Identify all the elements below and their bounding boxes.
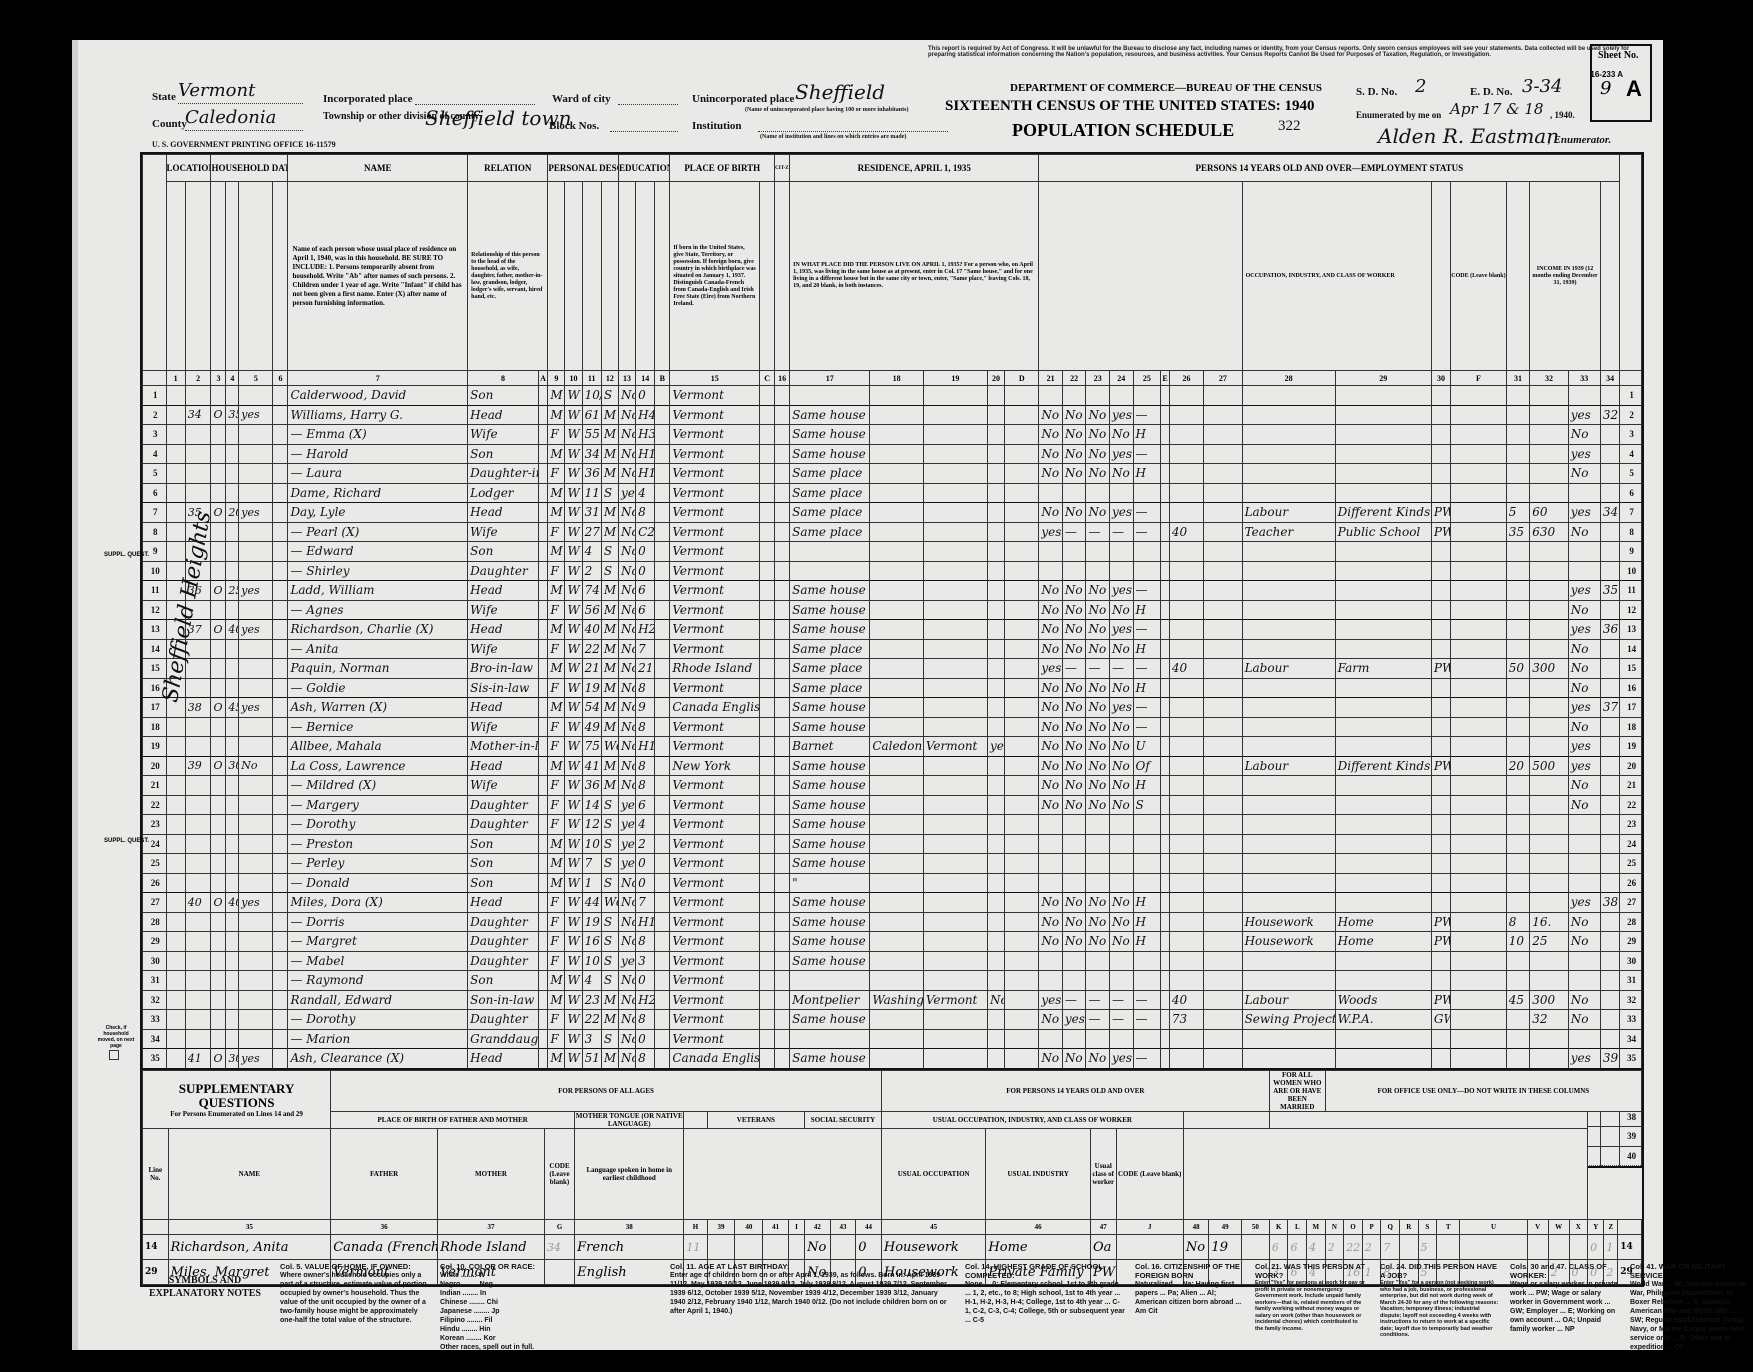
cell-blank [1161, 542, 1170, 562]
cell-res: Same place [790, 483, 870, 503]
cell-c21 [1039, 951, 1063, 971]
cell-wk [1506, 542, 1530, 562]
cell-blank [1204, 386, 1243, 406]
column-number: A [538, 371, 548, 386]
race-code-item: Filipino ........ Fil [440, 1316, 600, 1325]
group-personal: PERSONAL DESCRIPTION [548, 155, 619, 182]
cell-res_county [870, 756, 923, 776]
cell-age: 22 [582, 639, 601, 659]
cell-res [790, 542, 870, 562]
block-line [610, 131, 678, 132]
cell-sex: M [548, 854, 565, 874]
cell-blank [273, 893, 288, 913]
cell-sch: No [618, 932, 635, 952]
cell-c33: yes [1568, 620, 1600, 640]
cell-own [211, 386, 226, 406]
cell-blank [166, 815, 185, 835]
cell-name: La Coss, Lawrence [288, 756, 468, 776]
cell-c25: — [1133, 717, 1161, 737]
cell-c21: No [1039, 600, 1063, 620]
cell-c34 [1600, 795, 1619, 815]
cell-res_state [923, 698, 987, 718]
cell-c21: No [1039, 912, 1063, 932]
column-number: 1 [166, 371, 185, 386]
cell-blank [1005, 678, 1039, 698]
supp-title-cell: SUPPLEMENTARY QUESTIONS For Persons Enum… [143, 1071, 331, 1129]
cell-gr: 8 [636, 1049, 655, 1069]
note-col5: Col. 5. VALUE OF HOME, IF OWNED:Where ow… [280, 1262, 430, 1325]
cell-res_state [923, 581, 987, 601]
cell-res_county [870, 444, 923, 464]
cell-blank [1204, 444, 1243, 464]
cell-hn [185, 873, 211, 893]
cell-rel: Mother-in-law [468, 737, 539, 757]
cell-val: 3000 [226, 1049, 239, 1069]
cell-cw [1431, 834, 1450, 854]
cell-blank [1161, 756, 1170, 776]
table-row: 26— DonaldSonMW1SNo0Vermont"26 [143, 873, 1642, 893]
cell-blank [538, 854, 548, 874]
cell-wk [1506, 776, 1530, 796]
cell-c24: No [1109, 795, 1133, 815]
cell-blank [1161, 951, 1170, 971]
cell-name: — Pearl (X) [288, 522, 468, 542]
cell-blank [538, 386, 548, 406]
cell-blank [775, 522, 790, 542]
cell-c26 [1169, 932, 1203, 952]
cell-ms: M [601, 522, 618, 542]
cell-wk [1506, 815, 1530, 835]
cell-blank [166, 854, 185, 874]
supp-code-j-col: CODE (Leave blank) [1116, 1129, 1183, 1220]
cell-c21: No [1039, 405, 1063, 425]
cell-ind [1335, 600, 1431, 620]
supp-social-security: SOCIAL SECURITY [805, 1112, 882, 1129]
cell-occ [1242, 795, 1335, 815]
cell-c24 [1109, 873, 1133, 893]
cell-birth: Vermont [670, 405, 760, 425]
cell-line: 22 [1620, 795, 1642, 815]
cell-ind [1335, 483, 1431, 503]
institution-note: (Name of institution and lines on which … [760, 134, 906, 140]
cell-res_state [923, 386, 987, 406]
cell-wk [1506, 600, 1530, 620]
cell-blank [1451, 1049, 1507, 1069]
cell-birth: Vermont [670, 425, 760, 445]
cell-sex: F [548, 717, 565, 737]
symbols-title: SYMBOLS AND EXPLANATORY NOTES [140, 1274, 270, 1300]
cell-res_farm [987, 444, 1004, 464]
cell-line: 12 [1620, 600, 1642, 620]
cell-sex: F [548, 425, 565, 445]
cell-sch: No [618, 776, 635, 796]
cell-birth: Vermont [670, 542, 760, 562]
supp-women-cols [1183, 1112, 1269, 1129]
cell-ms: M [601, 776, 618, 796]
cell-blank [1204, 815, 1243, 835]
cell-ind [1335, 620, 1431, 640]
cell-res_state [923, 756, 987, 776]
cell-farm: yes [239, 698, 273, 718]
cell-c33: yes [1568, 503, 1600, 523]
cell-gr: 8 [636, 717, 655, 737]
cell-c26 [1169, 737, 1203, 757]
cell-c33: No [1568, 717, 1600, 737]
cell-blank [655, 659, 670, 679]
cell-sch: No [618, 522, 635, 542]
cell-blank [760, 854, 775, 874]
cell-ind [1335, 698, 1431, 718]
cell-line: 34 [1620, 1029, 1642, 1049]
cell-name: — Margery [288, 795, 468, 815]
cell-occ: Housework [1242, 932, 1335, 952]
cell-race: W [565, 561, 582, 581]
cell-birth: Vermont [670, 912, 760, 932]
cell-line: 21 [143, 776, 167, 796]
cell-c21: No [1039, 503, 1063, 523]
cell-birth: Canada English [670, 698, 760, 718]
cell-blank [1204, 1010, 1243, 1030]
cell-own [211, 659, 226, 679]
cell-blank [775, 659, 790, 679]
column-number: 19 [923, 371, 987, 386]
cell-c26 [1169, 815, 1203, 835]
cell-c24 [1109, 386, 1133, 406]
cell-rel: Lodger [468, 483, 539, 503]
cell-wk [1506, 873, 1530, 893]
cell-blank [775, 464, 790, 484]
cell-c34 [1600, 776, 1619, 796]
cell-hn [185, 717, 211, 737]
group-name: NAME [288, 155, 468, 182]
cell-blank [655, 678, 670, 698]
supp-quest-marker-29: SUPPL. QUEST. [104, 838, 149, 844]
cell-inc: 300 [1530, 990, 1569, 1010]
cell-blank [273, 444, 288, 464]
cell-c24: No [1109, 756, 1133, 776]
cell-race: W [565, 776, 582, 796]
cell-c22: No [1062, 503, 1086, 523]
cell-farm [239, 1010, 273, 1030]
cell-blank [1161, 444, 1170, 464]
cell-c24: No [1109, 776, 1133, 796]
race-code-item: Other races, spell out in full. [440, 1343, 600, 1352]
table-row: 12— AgnesWifeFW56MNo6VermontSame houseNo… [143, 600, 1642, 620]
cell-val [226, 815, 239, 835]
cell-c25: H [1133, 464, 1161, 484]
county-value: Caledonia [185, 107, 276, 128]
cell-name: — Mildred (X) [288, 776, 468, 796]
cell-birth: Vermont [670, 717, 760, 737]
cell-c23 [1086, 542, 1110, 562]
table-row: 8— Pearl (X)WifeFW27MNoC2VermontSame pla… [143, 522, 1642, 542]
cell-sex: M [548, 503, 565, 523]
cell-farm [239, 873, 273, 893]
column-number: 11 [582, 371, 601, 386]
cell-line: 28 [143, 912, 167, 932]
cell-age: 12 [582, 815, 601, 835]
group-employment: PERSONS 14 YEARS OLD AND OVER—EMPLOYMENT… [1039, 155, 1620, 182]
cell-res_farm: No [987, 990, 1004, 1010]
cell-c34 [1600, 444, 1619, 464]
cell-ms: M [601, 464, 618, 484]
supp-row: 14Richardson, AnitaCanada (French)Rhode … [143, 1235, 1642, 1260]
cell-c33 [1568, 873, 1600, 893]
supp-cell-c44: 0 [856, 1235, 882, 1260]
cell-age: 44 [582, 893, 601, 913]
cell-farm: yes [239, 1049, 273, 1069]
cell-blank [655, 932, 670, 952]
cell-blank [1451, 678, 1507, 698]
cell-c21: No [1039, 698, 1063, 718]
cell-line: 35 [1620, 1049, 1642, 1069]
cell-sch: No [618, 503, 635, 523]
cell-ind: Home [1335, 932, 1431, 952]
cell-ms: S [601, 873, 618, 893]
cell-wk [1506, 678, 1530, 698]
cell-ms: M [601, 678, 618, 698]
cell-own [211, 971, 226, 991]
cell-ms: M [601, 600, 618, 620]
cell-blank [1204, 542, 1243, 562]
cell-c33: No [1568, 659, 1600, 679]
cell-ind [1335, 737, 1431, 757]
cell-blank [760, 912, 775, 932]
cell-val: 400 [226, 893, 239, 913]
cell-c25: Of [1133, 756, 1161, 776]
cell-res: Same place [790, 639, 870, 659]
cell-res_state [923, 971, 987, 991]
cell-c21: No [1039, 776, 1063, 796]
cell-c25: — [1133, 659, 1161, 679]
cell-inc [1530, 776, 1569, 796]
cell-farm [239, 795, 273, 815]
cell-blank [1451, 737, 1507, 757]
col-marital [601, 182, 618, 371]
cell-blank [273, 1010, 288, 1030]
cell-name: Ladd, William [288, 581, 468, 601]
cell-blank [760, 483, 775, 503]
cell-res_farm [987, 912, 1004, 932]
cell-res_county [870, 483, 923, 503]
cell-c21 [1039, 971, 1063, 991]
cell-blank [1161, 464, 1170, 484]
cell-gr: H2 [636, 990, 655, 1010]
cell-blank [760, 620, 775, 640]
supp-cell-blank [788, 1235, 804, 1260]
cell-val [226, 717, 239, 737]
cell-line: 7 [143, 503, 167, 523]
cell-blank [538, 737, 548, 757]
cell-wk [1506, 795, 1530, 815]
cell-blank [1161, 932, 1170, 952]
cell-c34 [1600, 834, 1619, 854]
cell-sex: F [548, 776, 565, 796]
cell-ms: S [601, 561, 618, 581]
cell-blank [273, 717, 288, 737]
cell-blank [775, 542, 790, 562]
table-row: 9— EdwardSonMW4SNo0Vermont9 [143, 542, 1642, 562]
cell-blank [760, 698, 775, 718]
supp-name-header: NAME [168, 1129, 331, 1220]
cell-c25: — [1133, 581, 1161, 601]
cell-blank [1161, 1010, 1170, 1030]
table-row: 5— LauraDaughter-in-lawFW36MNoH1VermontS… [143, 464, 1642, 484]
cell-blank [760, 873, 775, 893]
cell-name: Allbee, Mahala [288, 737, 468, 757]
cell-blank [1161, 971, 1170, 991]
cell-blank [538, 717, 548, 737]
cell-blank [775, 405, 790, 425]
cell-blank [655, 1049, 670, 1069]
cell-rel: Daughter [468, 932, 539, 952]
cell-birth: Vermont [670, 893, 760, 913]
cell-ms: S [601, 834, 618, 854]
sd-label: S. D. No. [1356, 86, 1397, 98]
cell-inc [1530, 971, 1569, 991]
note-col30-title: Cols. 30 and 47. CLASS OF WORKER: [1510, 1262, 1620, 1280]
cell-val [226, 912, 239, 932]
cell-blank [760, 542, 775, 562]
cell-rel: Daughter [468, 951, 539, 971]
cell-blank [1005, 717, 1039, 737]
cell-race: W [565, 678, 582, 698]
cell-c25 [1133, 873, 1161, 893]
cell-c25: H [1133, 639, 1161, 659]
sheet-number: 9 [1600, 78, 1611, 99]
cell-sch: yes [618, 815, 635, 835]
cell-blank [166, 932, 185, 952]
household-moved-checkbox[interactable] [109, 1050, 119, 1060]
cell-ind [1335, 834, 1431, 854]
cell-cw [1431, 795, 1450, 815]
cell-c21: yes [1039, 990, 1063, 1010]
note-col30: Cols. 30 and 47. CLASS OF WORKER:Wage or… [1510, 1262, 1620, 1334]
cell-blank [166, 503, 185, 523]
cell-cw [1431, 1049, 1450, 1069]
cell-blank [538, 990, 548, 1010]
column-number: 26 [1169, 371, 1203, 386]
cell-blank [1161, 795, 1170, 815]
cell-c21 [1039, 873, 1063, 893]
cell-birth: Vermont [670, 581, 760, 601]
cell-c23 [1086, 971, 1110, 991]
cell-blank [1161, 405, 1170, 425]
cell-c22: No [1062, 932, 1086, 952]
cell-blank [775, 990, 790, 1010]
cell-farm [239, 600, 273, 620]
cell-race: W [565, 932, 582, 952]
cell-hn [185, 444, 211, 464]
cell-blank [1161, 815, 1170, 835]
cell-race: W [565, 1049, 582, 1069]
cell-birth: Vermont [670, 951, 760, 971]
column-number: 14 [636, 371, 655, 386]
cell-c34 [1600, 815, 1619, 835]
cell-blank [1005, 561, 1039, 581]
institution-line [758, 131, 948, 132]
table-row: 21— Mildred (X)WifeFW36MNo8VermontSame h… [143, 776, 1642, 796]
table-row: 735O2000yesDay, LyleHeadMW31MNo8VermontS… [143, 503, 1642, 523]
cell-line: 31 [1620, 971, 1642, 991]
cell-own [211, 425, 226, 445]
cell-birth: New York [670, 756, 760, 776]
cell-cw [1431, 854, 1450, 874]
cell-farm: yes [239, 893, 273, 913]
cell-c33: yes [1568, 444, 1600, 464]
supp-office-cell: 0 [1588, 1235, 1604, 1260]
cell-farm: yes [239, 503, 273, 523]
cell-inc [1530, 698, 1569, 718]
cell-res_state [923, 444, 987, 464]
cell-sch: No [618, 717, 635, 737]
cell-line: 17 [1620, 698, 1642, 718]
supp-cell-name: Richardson, Anita [168, 1235, 331, 1260]
cell-occ [1242, 834, 1335, 854]
cell-gr: 9 [636, 698, 655, 718]
cell-inc: 16. [1530, 912, 1569, 932]
cell-c22: No [1062, 425, 1086, 445]
cell-ms: S [601, 483, 618, 503]
cell-c23: — [1086, 522, 1110, 542]
cell-ms: S [601, 795, 618, 815]
cell-hn: 40 [185, 893, 211, 913]
cell-inc: 300 [1530, 659, 1569, 679]
cell-blank [1161, 678, 1170, 698]
cell-blank [775, 678, 790, 698]
cell-blank [166, 717, 185, 737]
cell-hn: 38 [185, 698, 211, 718]
cell-occ [1242, 425, 1335, 445]
note-col10: Col. 10. COLOR OR RACE:White ........ WN… [440, 1262, 600, 1352]
cell-ind [1335, 893, 1431, 913]
cell-occ [1242, 600, 1335, 620]
cell-farm [239, 854, 273, 874]
supp-column-number: 37 [438, 1220, 545, 1235]
cell-occ [1242, 639, 1335, 659]
cell-blank [166, 990, 185, 1010]
cell-blank [655, 561, 670, 581]
cell-res_county [870, 522, 923, 542]
cell-wk [1506, 639, 1530, 659]
cell-birth: Vermont [670, 737, 760, 757]
cell-res_state [923, 600, 987, 620]
cell-res [790, 561, 870, 581]
cell-own [211, 737, 226, 757]
cell-blank [1161, 990, 1170, 1010]
column-number: 28 [1242, 371, 1335, 386]
cell-val: 300 [226, 756, 239, 776]
cell-blank [760, 405, 775, 425]
cell-sch: No [618, 600, 635, 620]
cell-c34 [1600, 951, 1619, 971]
cell-rel: Wife [468, 522, 539, 542]
cell-c22 [1062, 561, 1086, 581]
cell-line: 11 [1620, 581, 1642, 601]
cell-ind [1335, 873, 1431, 893]
cell-c22: No [1062, 776, 1086, 796]
cell-race: W [565, 386, 582, 406]
cell-line: 29 [1620, 932, 1642, 952]
cell-rel: Daughter [468, 912, 539, 932]
supp-column-number: Y [1588, 1220, 1604, 1235]
cell-name: Ash, Warren (X) [288, 698, 468, 718]
cell-birth: Rhode Island [670, 659, 760, 679]
cell-c21 [1039, 854, 1063, 874]
cell-blank [273, 464, 288, 484]
cell-birth: Vermont [670, 1029, 760, 1049]
cell-inc [1530, 737, 1569, 757]
